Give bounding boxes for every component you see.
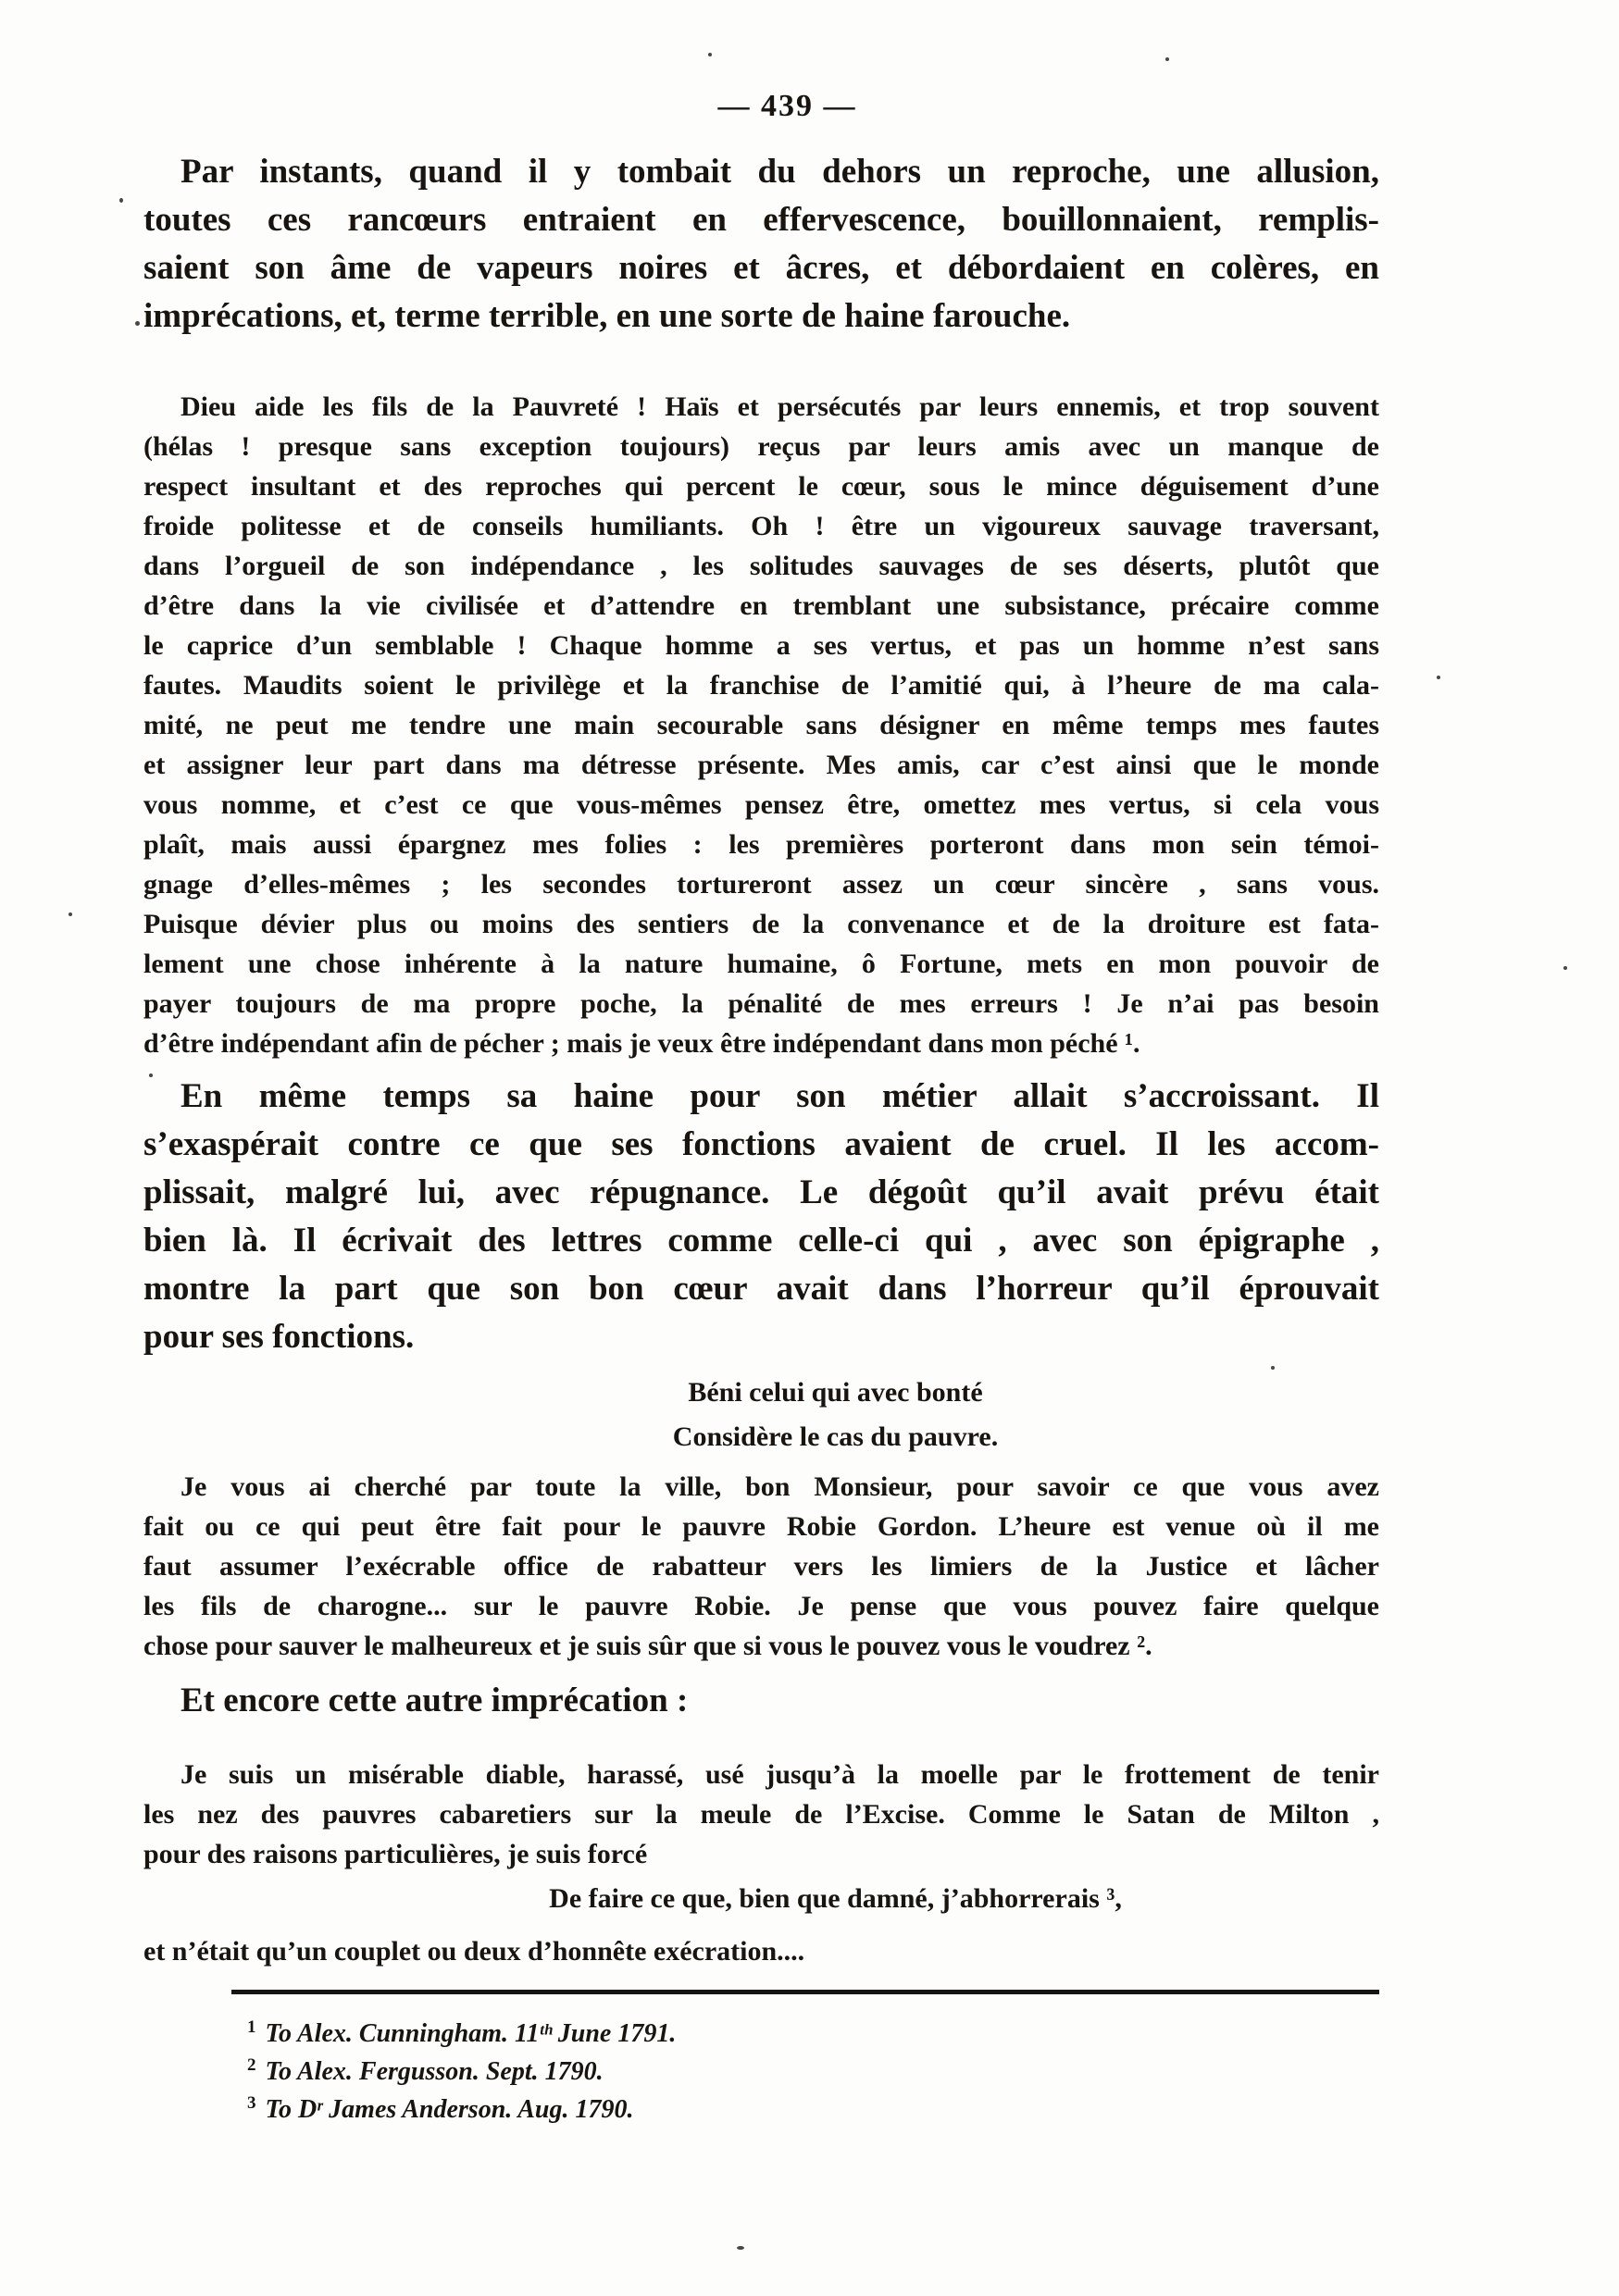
text-line: Considère le cas du pauvre. (218, 1415, 1453, 1459)
text-line: les fils de charogne... sur le pauvre Ro… (143, 1586, 1379, 1626)
text-line: toutes ces rancœurs entraient en efferve… (143, 196, 1379, 244)
text-line: plaît, mais aussi épargnez mes folies : … (143, 825, 1379, 864)
text-line: gnage d’elles-mêmes ; les secondes tortu… (143, 864, 1379, 904)
page-number: — 439 — (143, 88, 1379, 125)
text-line: s’exaspérait contre ce que ses fonctions… (143, 1121, 1379, 1169)
text-line: fait ou ce qui peut être fait pour le pa… (143, 1507, 1379, 1546)
text-line: mité, ne peut me tendre une main secoura… (143, 705, 1379, 745)
text-line: dans l’orgueil de son indépendance , les… (143, 546, 1379, 586)
scan-speck (119, 198, 123, 203)
text-line: De faire ce que, bien que damné, j’abhor… (218, 1879, 1453, 1918)
scan-speck (708, 53, 712, 56)
footnote-1: 1To Alex. Cunningham. 11ᵗʰ June 1791. (247, 2015, 1379, 2053)
text-line: chose pour sauver le malheureux et je su… (143, 1626, 1379, 1666)
block-quote-1: Dieu aide les fils de la Pauvreté ! Haïs… (143, 387, 1379, 1063)
text-line: bien là. Il écrivait des lettres comme c… (143, 1217, 1379, 1265)
block-quote-3: Je suis un misérable diable, harassé, us… (143, 1755, 1379, 1874)
text-line: le caprice d’un semblable ! Chaque homme… (143, 626, 1379, 665)
paragraph-2: En même temps sa haine pour son métier a… (143, 1073, 1379, 1361)
footnote-2: 2To Alex. Fergusson. Sept. 1790. (247, 2053, 1379, 2091)
text-line: plissait, malgré lui, avec répugnance. L… (143, 1169, 1379, 1217)
text-line: payer toujours de ma propre poche, la pé… (143, 984, 1379, 1024)
text-line: pour ses fonctions. (143, 1313, 1379, 1361)
text-line: vous nomme, et c’est ce que vous-mêmes p… (143, 785, 1379, 825)
footnote-3: 3To Dʳ James Anderson. Aug. 1790. (247, 2091, 1379, 2128)
footnotes: 1To Alex. Cunningham. 11ᵗʰ June 1791. 2T… (143, 2015, 1379, 2128)
text-line: et n’était qu’un couplet ou deux d’honnê… (143, 1931, 1379, 1971)
footnote-marker: 2 (247, 2055, 256, 2075)
text-line: (hélas ! presque sans exception toujours… (143, 427, 1379, 466)
scan-speck (737, 2246, 744, 2250)
paragraph-3: Et encore cette autre imprécation : (143, 1677, 1379, 1725)
scan-speck (1437, 676, 1440, 679)
scan-speck (1563, 966, 1567, 970)
text-line: respect insultant et des reproches qui p… (143, 466, 1379, 506)
text-line: faut assumer l’exécrable office de rabat… (143, 1546, 1379, 1586)
scan-speck (68, 912, 72, 916)
text-line: et assigner leur part dans ma détresse p… (143, 745, 1379, 785)
scan-speck (1165, 57, 1169, 61)
text-line: Dieu aide les fils de la Pauvreté ! Haïs… (143, 387, 1379, 427)
text-line: d’être indépendant afin de pécher ; mais… (143, 1024, 1379, 1063)
text-line: froide politesse et de conseils humilian… (143, 506, 1379, 546)
text-line: imprécations, et, terme terrible, en une… (143, 292, 1379, 341)
text-line: les nez des pauvres cabaretiers sur la m… (143, 1794, 1379, 1834)
paragraph-4: et n’était qu’un couplet ou deux d’honnê… (143, 1931, 1379, 1971)
footnote-rule (231, 1990, 1379, 1994)
footnote-marker: 1 (247, 2017, 256, 2037)
text-line: saient son âme de vapeurs noires et âcre… (143, 244, 1379, 292)
text-line: Je vous ai cherché par toute la ville, b… (143, 1467, 1379, 1507)
text-line: Je suis un misérable diable, harassé, us… (143, 1755, 1379, 1794)
scan-speck (1271, 1366, 1275, 1370)
footnote-text: To Alex. Cunningham. 11ᵗʰ June 1791. (266, 2019, 677, 2048)
book-page: — 439 — Par instants, quand il y tombait… (0, 0, 1619, 2296)
text-line: Et encore cette autre imprécation : (143, 1677, 1379, 1725)
text-line: Par instants, quand il y tombait du deho… (143, 148, 1379, 196)
text-line: Béni celui qui avec bonté (218, 1371, 1453, 1415)
text-line: Puisque dévier plus ou moins des sentier… (143, 904, 1379, 944)
scan-speck (135, 321, 140, 326)
footnote-text: To Dʳ James Anderson. Aug. 1790. (266, 2095, 634, 2124)
verse-epigraph: Béni celui qui avec bontéConsidère le ca… (143, 1371, 1453, 1459)
paragraph-1: Par instants, quand il y tombait du deho… (143, 148, 1379, 341)
scan-speck (149, 1074, 153, 1077)
text-line: montre la part que son bon cœur avait da… (143, 1265, 1379, 1313)
text-line: lement une chose inhérente à la nature h… (143, 944, 1379, 984)
footnote-text: To Alex. Fergusson. Sept. 1790. (266, 2057, 604, 2086)
footnote-marker: 3 (247, 2093, 256, 2113)
text-line: pour des raisons particulières, je suis … (143, 1834, 1379, 1874)
block-quote-2: Je vous ai cherché par toute la ville, b… (143, 1467, 1379, 1666)
text-line: En même temps sa haine pour son métier a… (143, 1073, 1379, 1121)
verse-quotation: De faire ce que, bien que damné, j’abhor… (143, 1879, 1453, 1918)
text-line: fautes. Maudits soient le privilège et l… (143, 665, 1379, 705)
text-line: d’être dans la vie civilisée et d’attend… (143, 586, 1379, 626)
